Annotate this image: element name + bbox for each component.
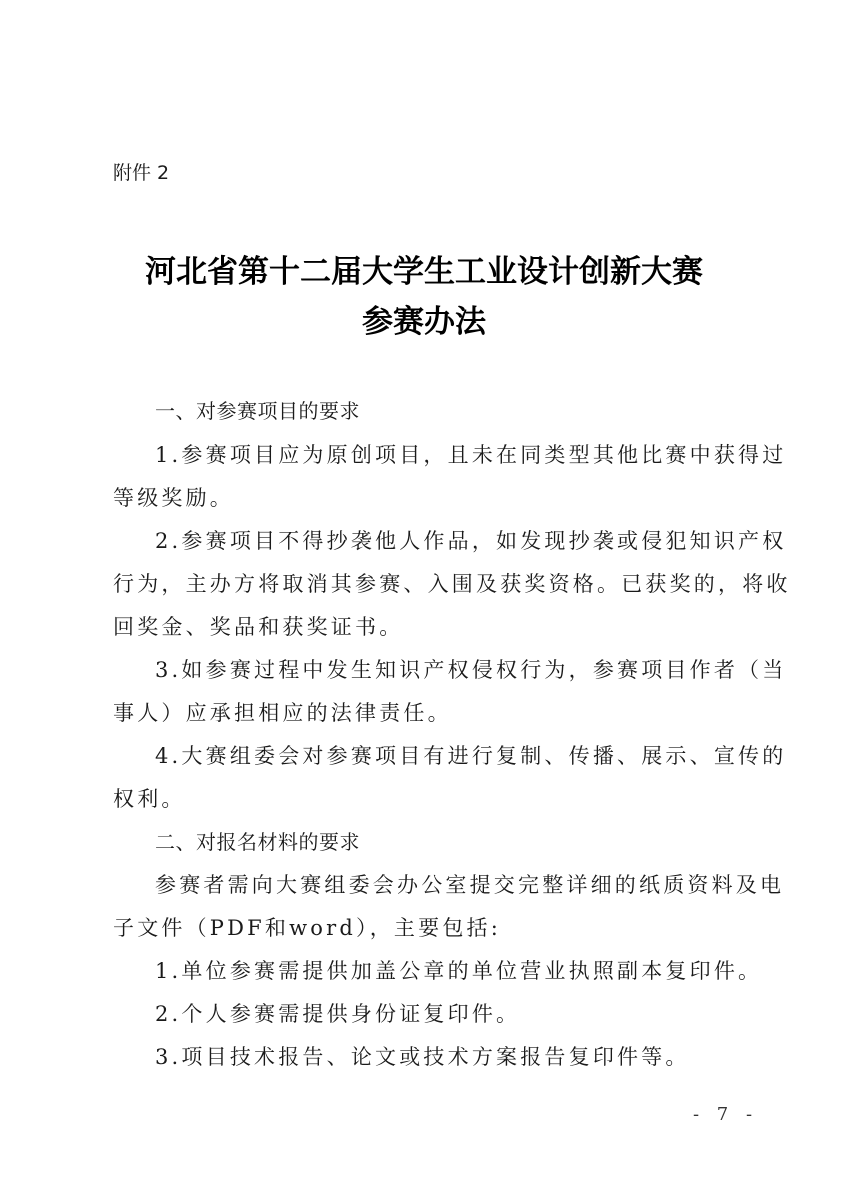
- paragraph-line: 等级奖励。: [113, 483, 743, 513]
- document-page: 附件 2 河北省第十二届大学生工业设计创新大赛 参赛办法 一、对参赛项目的要求 …: [0, 0, 848, 1200]
- attachment-label: 附件 2: [113, 158, 169, 185]
- paragraph-line: 子文件（PDF和word），主要包括:: [113, 913, 743, 943]
- paragraph-line: 4.大赛组委会对参赛项目有进行复制、传播、展示、宣传的: [155, 741, 785, 771]
- paragraph-line: 3.项目技术报告、论文或技术方案报告复印件等。: [155, 1042, 785, 1072]
- paragraph-line: 2.参赛项目不得抄袭他人作品，如发现抄袭或侵犯知识产权: [155, 526, 785, 556]
- paragraph-line: 参赛者需向大赛组委会办公室提交完整详细的纸质资料及电: [155, 870, 785, 900]
- paragraph-line: 1.单位参赛需提供加盖公章的单位营业执照副本复印件。: [155, 956, 785, 986]
- document-title-line-1: 河北省第十二届大学生工业设计创新大赛: [0, 246, 848, 291]
- document-title-line-2: 参赛办法: [0, 296, 848, 341]
- section-heading-2: 二、对报名材料的要求: [155, 827, 785, 857]
- paragraph-line: 回奖金、奖品和获奖证书。: [113, 612, 743, 642]
- paragraph-line: 权利。: [113, 784, 743, 814]
- section-heading-1: 一、对参赛项目的要求: [155, 396, 785, 426]
- paragraph-line: 行为，主办方将取消其参赛、入围及获奖资格。已获奖的，将收: [113, 569, 743, 599]
- page-number: - 7 -: [693, 1104, 758, 1125]
- paragraph-line: 1.参赛项目应为原创项目，且未在同类型其他比赛中获得过: [155, 440, 785, 470]
- paragraph-line: 事人）应承担相应的法律责任。: [113, 698, 743, 728]
- paragraph-line: 3.如参赛过程中发生知识产权侵权行为，参赛项目作者（当: [155, 655, 785, 685]
- paragraph-line: 2.个人参赛需提供身份证复印件。: [155, 999, 785, 1029]
